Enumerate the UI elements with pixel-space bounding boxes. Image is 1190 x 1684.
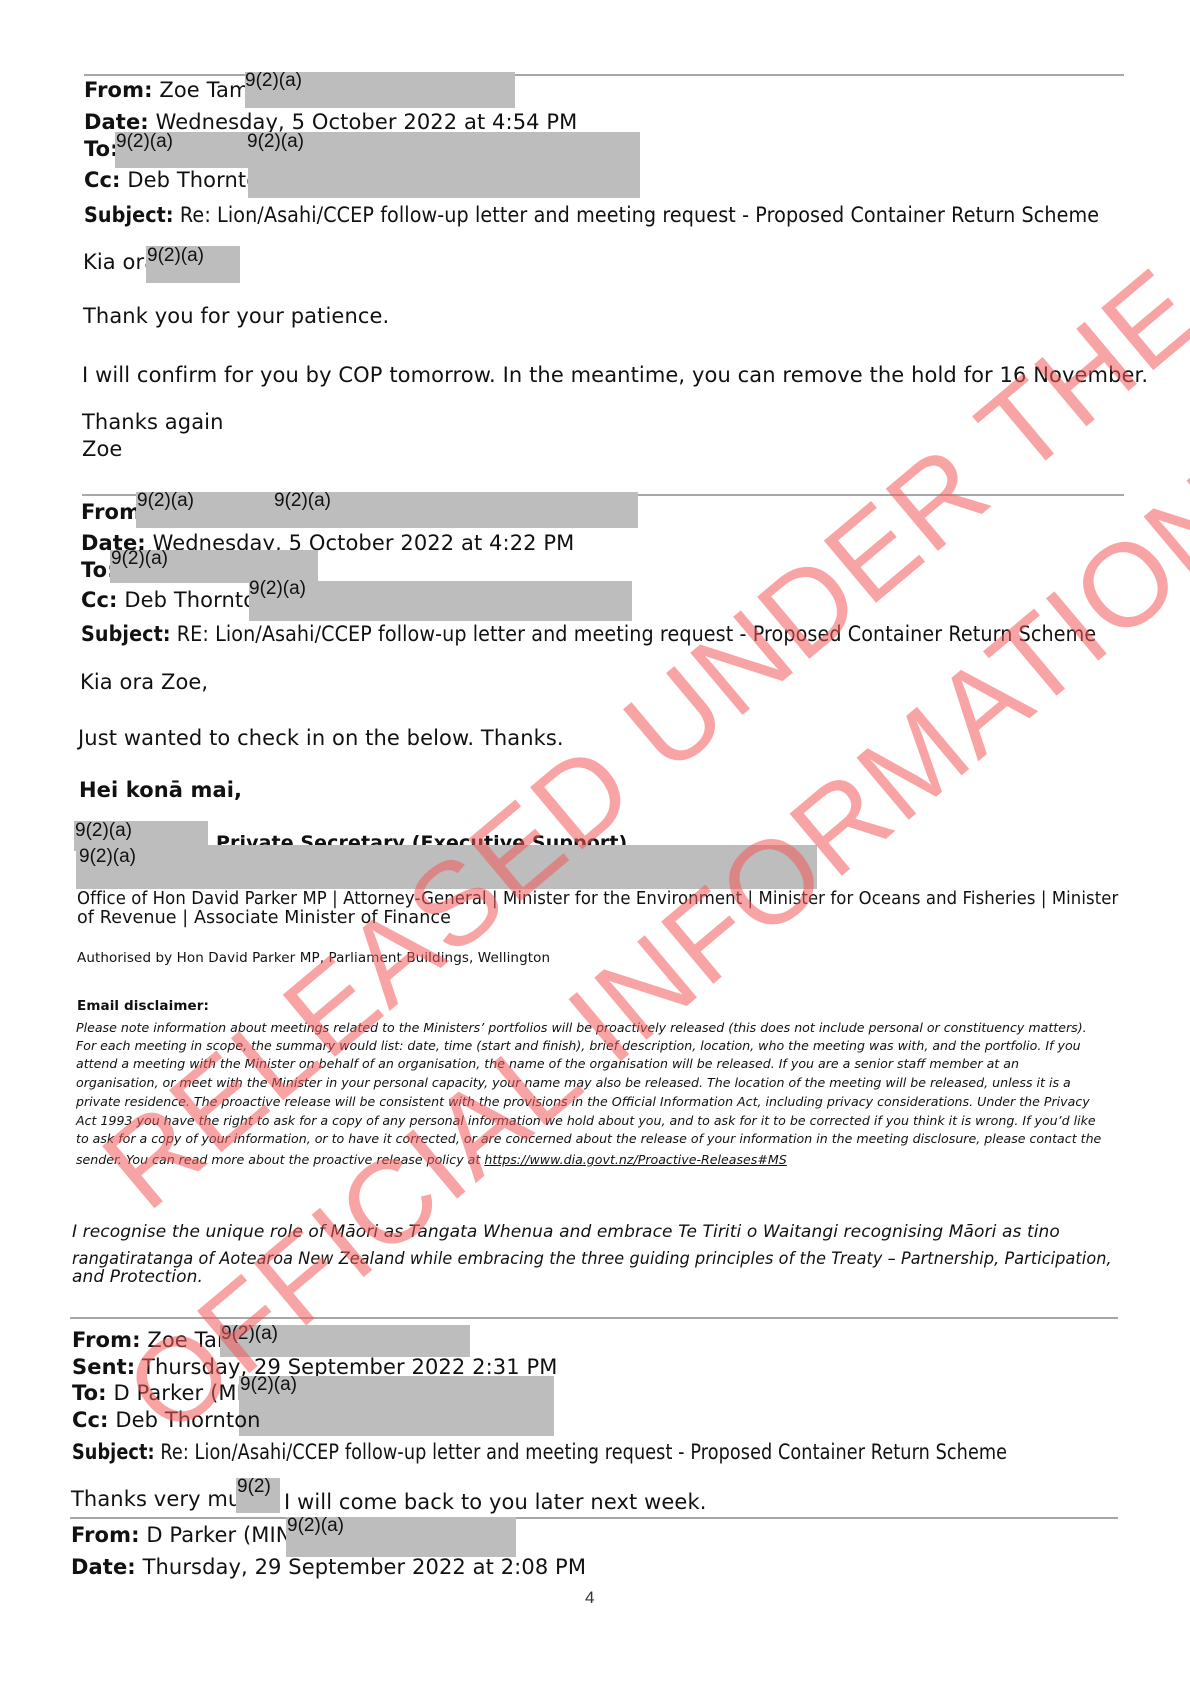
email2-greeting: Kia ora Zoe, <box>80 670 208 694</box>
page-number: 4 <box>585 1588 594 1608</box>
redaction-code: 9(2)(a) <box>245 70 302 92</box>
treaty-line: and Protection. <box>72 1267 203 1287</box>
redaction-code: 9(2)(a) <box>116 131 173 153</box>
email1-to: To: <box>84 137 119 161</box>
redaction-code: 9(2)(a) <box>147 245 204 267</box>
disclaimer-line: For each meeting in scope, the summary w… <box>76 1038 1081 1053</box>
disclaimer-line: organisation, or meet with the Minister … <box>76 1075 1071 1090</box>
disclaimer-title: Email disclaimer: <box>77 998 209 1014</box>
treaty-line: I recognise the unique role of Māori as … <box>72 1222 1060 1242</box>
proactive-release-link[interactable]: https://www.dia.govt.nz/Proactive-Releas… <box>484 1152 786 1167</box>
email1-from: From: Zoe Tame <box>84 78 263 102</box>
email3-subject: Subject: Re: Lion/Asahi/CCEP follow-up l… <box>72 1440 1007 1464</box>
treaty-line: rangatiratanga of Aotearoa New Zealand w… <box>72 1249 1112 1269</box>
email1-body-line: I will confirm for you by COP tomorrow. … <box>82 363 1148 387</box>
redaction-code: 9(2)(a) <box>249 578 306 600</box>
redaction <box>115 132 640 168</box>
redaction <box>249 581 632 621</box>
email2-cc: Cc: Deb Thornton <box>81 588 270 612</box>
email3-to: To: D Parker (MIN) <box>72 1381 267 1405</box>
email3-cc: Cc: Deb Thornton <box>72 1408 261 1432</box>
document-page: From: Zoe Tame 9(2)(a) Date: Wednesday, … <box>0 0 1190 1684</box>
redaction <box>76 845 817 889</box>
redaction-code: 9(2)(a) <box>240 1374 297 1396</box>
redaction-code: 9(2)(a) <box>287 1515 344 1537</box>
redaction-code: 9(2)(a) <box>137 490 194 512</box>
authorised-line: Authorised by Hon David Parker MP, Parli… <box>77 950 550 966</box>
redaction-code: 9(2)(a) <box>247 131 304 153</box>
email4-from: From: D Parker (MIN) <box>71 1523 300 1547</box>
email1-body-line: Zoe <box>82 437 122 461</box>
redaction <box>136 492 638 528</box>
office-line: Office of Hon David Parker MP | Attorney… <box>77 889 1118 909</box>
office-line: of Revenue | Associate Minister of Finan… <box>77 908 451 928</box>
disclaimer-line: Act 1993 you have the right to ask for a… <box>76 1113 1096 1128</box>
disclaimer-line-last: sender. You can read more about the proa… <box>76 1152 787 1167</box>
email2-body-line: Just wanted to check in on the below. Th… <box>78 726 564 750</box>
disclaimer-line: Please note information about meetings r… <box>76 1020 1087 1035</box>
redaction-code: 9(2)(a) <box>79 846 136 868</box>
disclaimer-line: attend a meeting with the Minister on be… <box>76 1056 1019 1071</box>
email2-signoff: Hei konā mai, <box>79 778 242 802</box>
separator <box>70 1317 1118 1319</box>
email1-subject: Subject: Re: Lion/Asahi/CCEP follow-up l… <box>84 203 1099 227</box>
redaction <box>248 166 640 198</box>
redaction-code: 9(2)(a) <box>274 490 331 512</box>
separator <box>70 1517 1118 1519</box>
email2-subject: Subject: RE: Lion/Asahi/CCEP follow-up l… <box>81 622 1096 646</box>
email1-cc: Cc: Deb Thornton <box>84 168 273 192</box>
email1-body-line: Thank you for your patience. <box>83 304 389 328</box>
redaction-code: 9(2) <box>237 1476 271 1498</box>
disclaimer-line: to ask for a copy of your information, o… <box>76 1131 1101 1146</box>
separator <box>84 74 1124 76</box>
email3-body-suffix: I will come back to you later next week. <box>284 1490 706 1514</box>
redaction-code: 9(2)(a) <box>75 820 132 842</box>
email4-date: Date: Thursday, 29 September 2022 at 2:0… <box>71 1555 586 1579</box>
email1-body-line: Thanks again <box>82 410 224 434</box>
redaction-code: 9(2)(a) <box>111 548 168 570</box>
disclaimer-line: private residence. The proactive release… <box>76 1094 1090 1109</box>
redaction-code: 9(2)(a) <box>221 1323 278 1345</box>
